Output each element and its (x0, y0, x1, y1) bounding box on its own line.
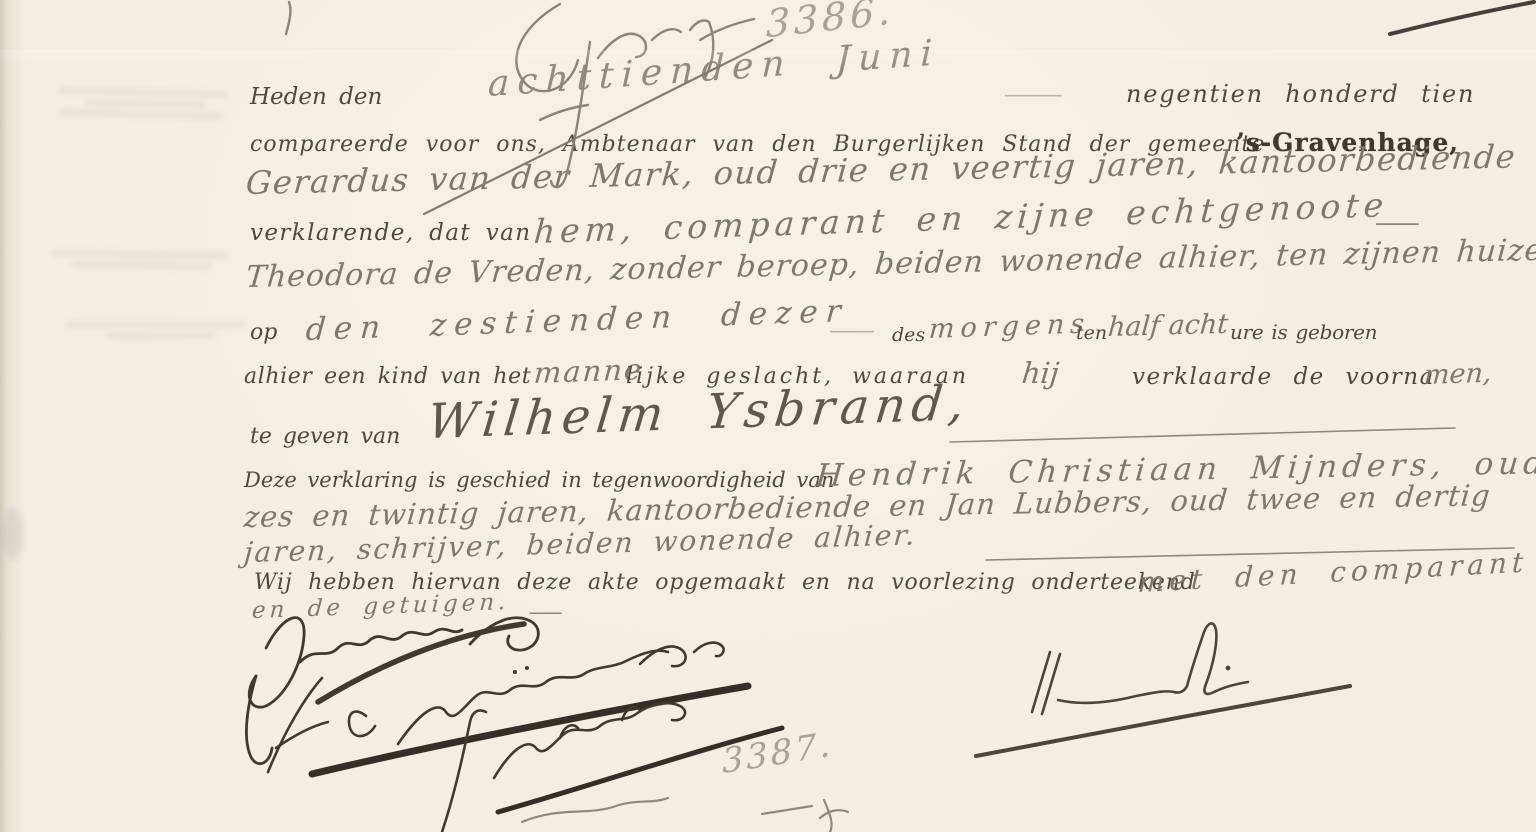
hand-morgens: morgens (928, 308, 1091, 345)
ink-bleedthrough-mid (52, 244, 242, 275)
ink-bleedthrough-top (58, 82, 237, 126)
hand-dash-getuigen: — (528, 600, 563, 625)
printed-ure-is-geboren: ure is geboren (1230, 320, 1377, 344)
printed-voorna: verklaarde de voorna (1132, 364, 1435, 390)
printed-des: des (892, 324, 925, 346)
birth-certificate-scan: Heden den achttienden Juni — negentien h… (0, 0, 1536, 832)
hand-dash: — (1374, 208, 1421, 238)
printed-heden-den: Heden den (250, 84, 382, 110)
printed-op: op (250, 320, 277, 345)
signature-registrar (976, 623, 1350, 756)
next-act-partial-strokes (522, 798, 848, 832)
printed-year: negentien honderd tien (1126, 80, 1475, 108)
hand-birth-hour: half acht (1107, 309, 1230, 343)
hand-met-den-comparant: met den comparant (1137, 545, 1529, 599)
signature-witness-mijnders (268, 643, 748, 774)
printed-verklarende: verklarende, dat van (250, 220, 532, 246)
signature-comparant (246, 618, 538, 764)
printed-closing: Wij hebben hiervan deze akte opgemaakt e… (254, 570, 1196, 595)
ink-bleedthrough-mid2 (66, 316, 252, 344)
printed-ten: ten (1076, 322, 1107, 344)
hand-hij: hij (1020, 356, 1061, 390)
hand-men: men, (1423, 358, 1493, 391)
top-right-stroke (1390, 2, 1534, 34)
hand-birth-day: den zestienden dezer (305, 293, 850, 348)
blank-dash-2: — (828, 316, 876, 344)
ink-stain (2, 508, 24, 560)
next-act-number: 3387. (721, 724, 834, 782)
blank-dash: — (1002, 80, 1064, 108)
hand-birth-registration-date: achttienden Juni (487, 32, 940, 105)
printed-witness-intro: Deze verklaring is geschied in tegenwoor… (244, 468, 834, 492)
printed-alhier-kind: alhier een kind van het (244, 364, 531, 389)
printed-te-geven-van: te geven van (250, 424, 400, 449)
